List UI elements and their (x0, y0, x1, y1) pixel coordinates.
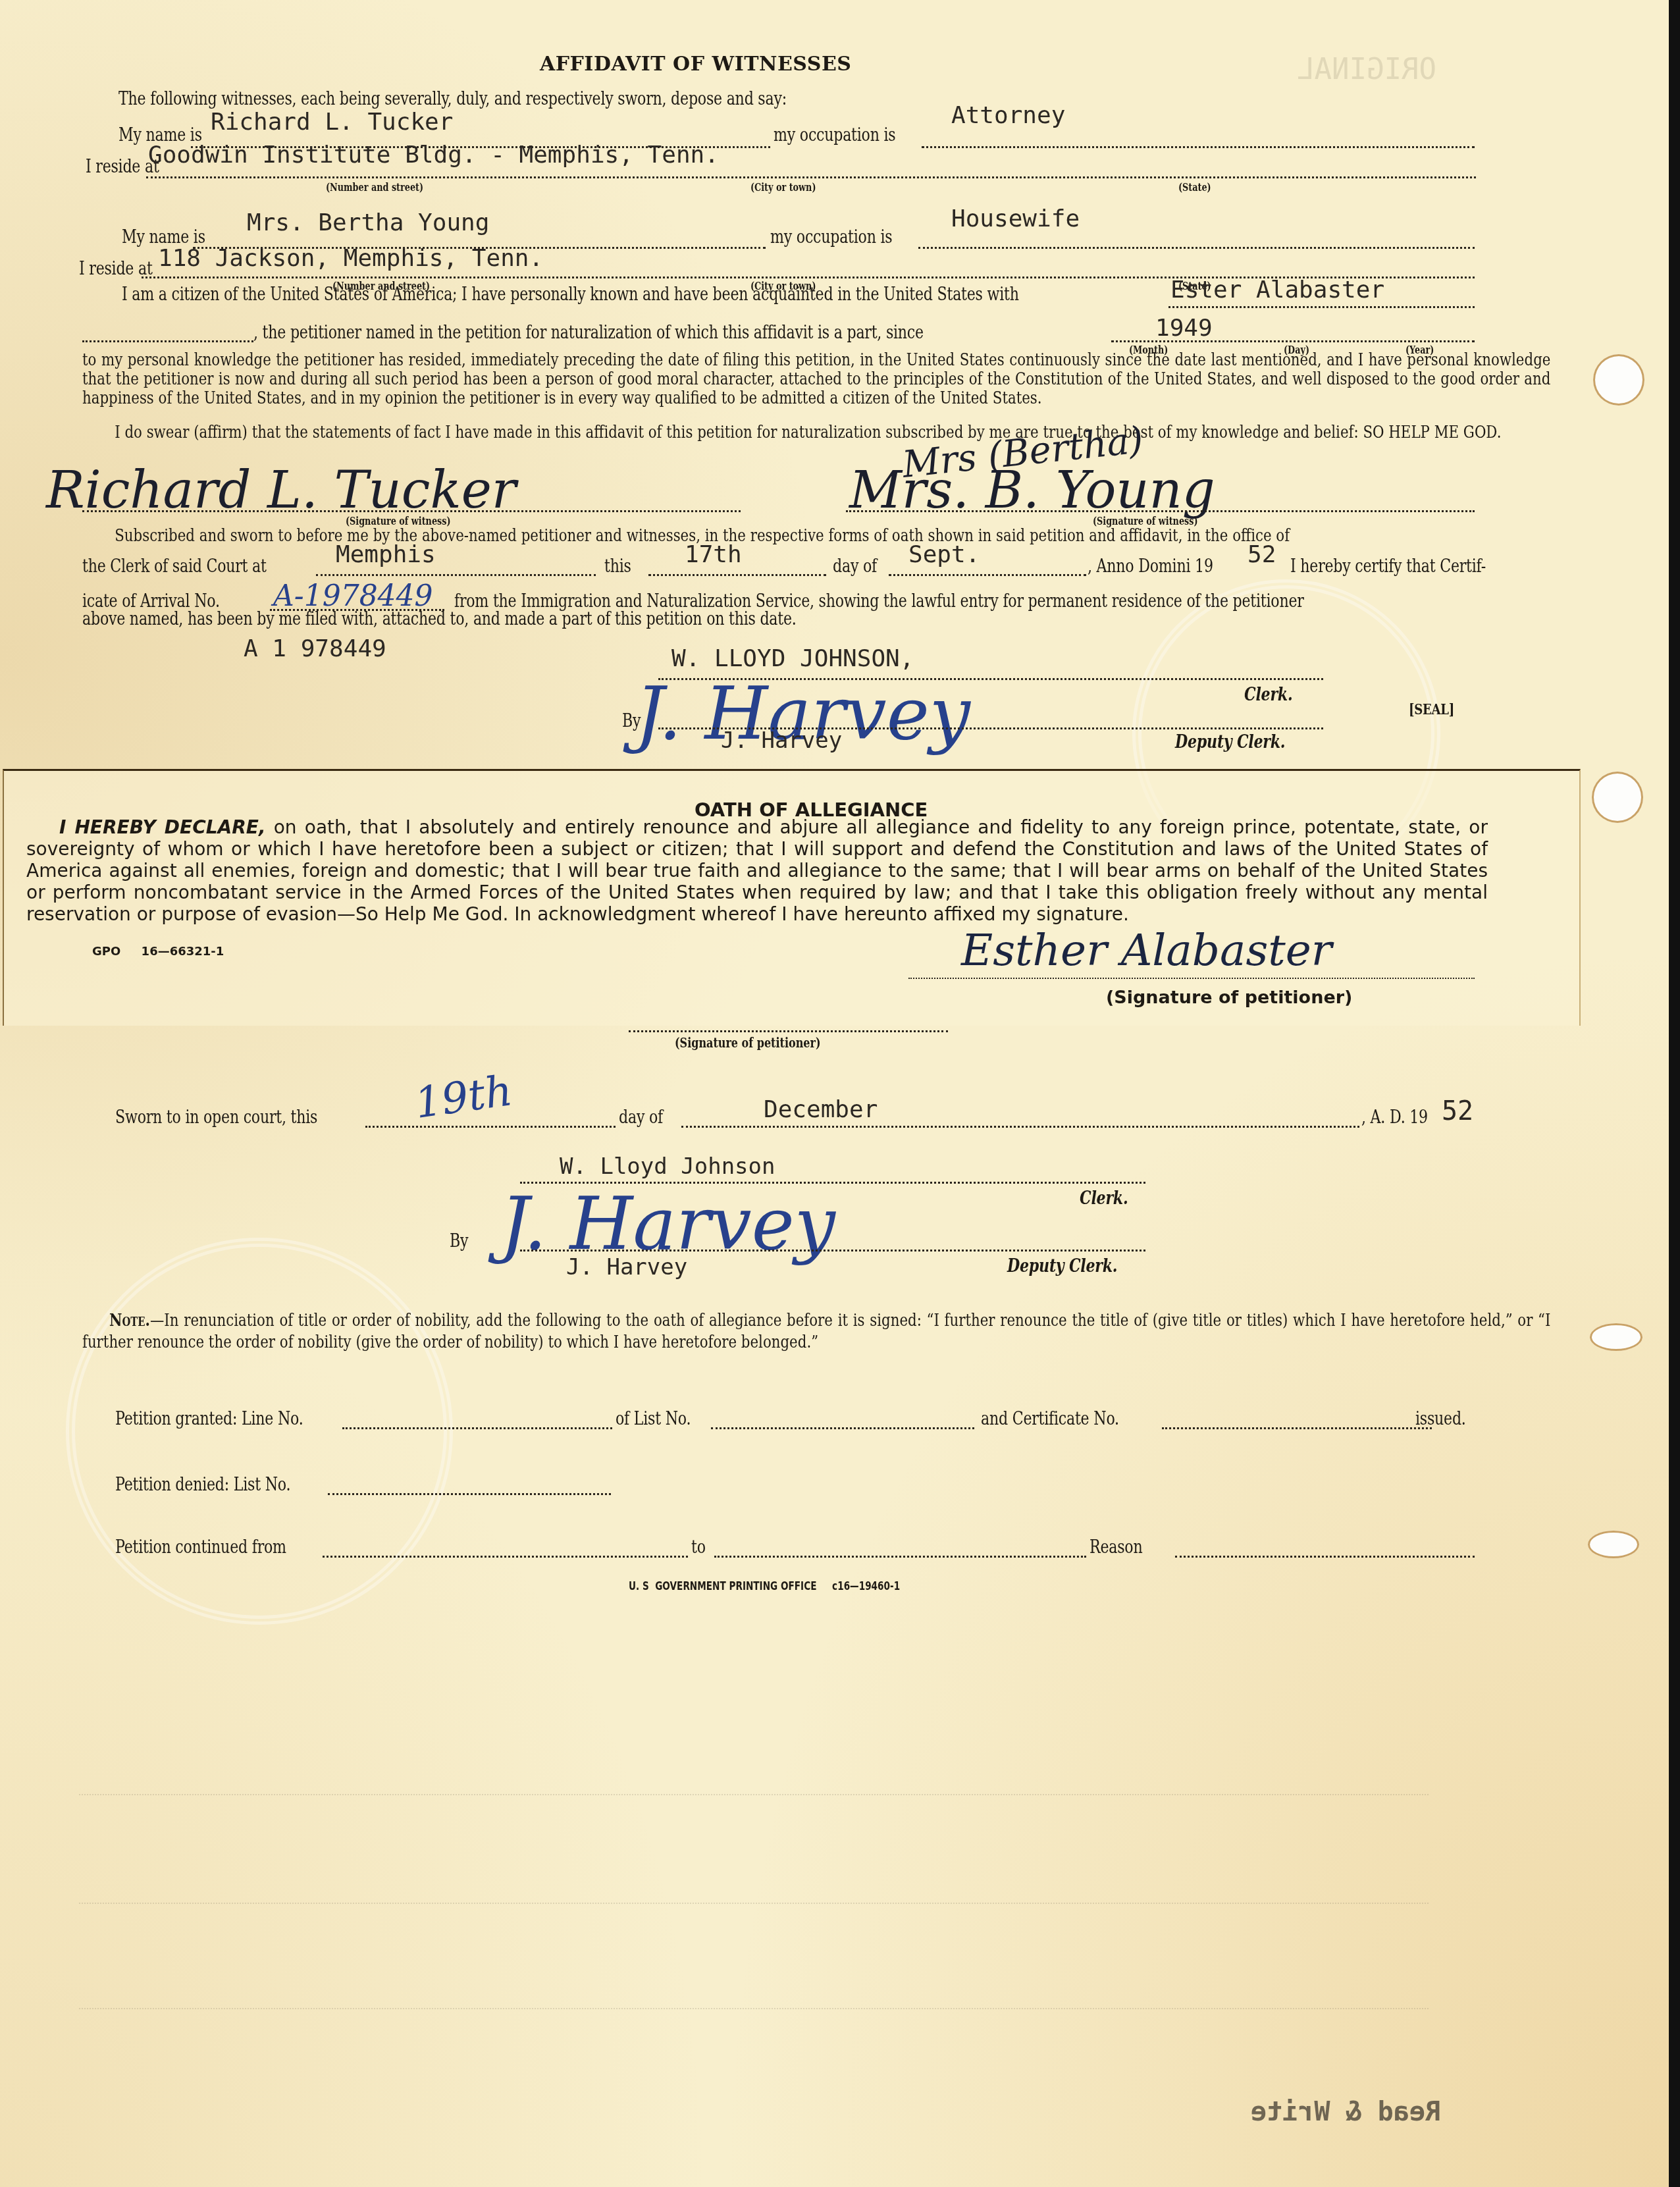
witness-address-field[interactable]: 118 Jackson, Memphis, Tenn. (158, 245, 543, 272)
to-label: to (691, 1537, 706, 1558)
gpo-footer: U. S GOVERNMENT PRINTING OFFICE c16—1946… (629, 1580, 900, 1593)
continued-to-field[interactable] (714, 1556, 1086, 1558)
day-of-label: day of (833, 556, 877, 577)
certificate-no-label: and Certificate No. (981, 1409, 1119, 1429)
petitioner-name-line (1168, 306, 1475, 308)
reason-label: Reason (1089, 1537, 1142, 1558)
witness-name-field[interactable]: Mrs. Bertha Young (247, 209, 489, 236)
day-field[interactable]: 17th (685, 541, 742, 568)
witness-name-field[interactable]: Richard L. Tucker (211, 109, 453, 136)
court-deputy-line (520, 1250, 1145, 1252)
sworn-month-line (681, 1126, 1359, 1128)
certificate-number-handwritten: A-1978449 (273, 579, 433, 613)
punch-hole (1590, 1323, 1642, 1351)
court-deputy-signature: J. Harvey (500, 1182, 835, 1266)
petitioner-oath-signature-caption: (Signature of petitioner) (1106, 988, 1352, 1008)
petitioner-oath-signature-line (908, 978, 1475, 979)
gpo-code: GPO 16—66321-1 (92, 945, 224, 959)
granted-label: Petition granted: Line No. (115, 1409, 303, 1429)
petitioner-name-line-2 (82, 340, 253, 342)
sworn-day-line (365, 1126, 616, 1128)
ad-label: , A. D. 19 (1361, 1107, 1428, 1128)
since-year-field[interactable]: 1949 (1155, 315, 1213, 342)
nobility-note: Note.—In renunciation of title or order … (82, 1310, 1550, 1354)
witness-occupation-field[interactable]: Housewife (951, 205, 1080, 232)
occupation-line (922, 146, 1475, 148)
day-line (648, 574, 826, 576)
court-city-field[interactable]: Memphis (336, 541, 436, 568)
anno-domini-label: , Anno Domini 19 (1088, 556, 1213, 577)
bleed-through-stamp: Read & Write (1251, 2097, 1441, 2127)
citizen-statement: I am a citizen of the United States of A… (122, 284, 1019, 305)
oath-text: I HEREBY DECLARE, on oath, that I absolu… (26, 816, 1488, 925)
granted-line-no-field[interactable] (342, 1427, 612, 1429)
certify-text: I hereby certify that Certif- (1290, 556, 1486, 577)
punch-hole (1588, 1531, 1639, 1558)
court-city-line (316, 574, 596, 576)
denied-label: Petition denied: List No. (115, 1475, 290, 1495)
caption-state: (State) (1178, 181, 1211, 194)
month-line (889, 574, 1086, 576)
sworn-day-of-label: day of (619, 1107, 663, 1128)
affidavit-intro: The following witnesses, each being seve… (118, 89, 787, 109)
sworn-year-field[interactable]: 52 (1442, 1096, 1473, 1126)
petitioner-name-field[interactable]: Ester Alabaster (1170, 277, 1384, 303)
note-lead: Note. (109, 1311, 150, 1331)
witness-address-field[interactable]: Goodwin Institute Bldg. - Memphis, Tenn. (148, 142, 719, 169)
punch-hole (1593, 354, 1644, 406)
clerk-name: W. LLOYD JOHNSON, (671, 645, 914, 672)
year-field[interactable]: 52 (1247, 541, 1276, 568)
court-deputy-caption: Deputy Clerk. (1007, 1256, 1117, 1277)
clerk-court-label: the Clerk of said Court at (82, 556, 267, 577)
court-clerk-caption: Clerk. (1080, 1188, 1128, 1209)
caption-street: (Number and street) (326, 181, 423, 194)
witness-1-signature-line (82, 510, 741, 512)
continued-from-field[interactable] (323, 1556, 688, 1558)
note-text: —In renunciation of title or order of no… (82, 1311, 1550, 1352)
punch-hole (1592, 772, 1643, 823)
deputy-typed-name: J. Harvey (721, 727, 842, 754)
this-label: this (604, 556, 631, 577)
page-edge (1669, 0, 1680, 2187)
bleed-through-original: ORIGINAL (1297, 53, 1436, 86)
oath-declare-lead: I HEREBY DECLARE, (59, 816, 266, 838)
petitioner-signature-line (629, 1030, 948, 1032)
address-line (146, 176, 1476, 178)
certificate-rest-2: above named, has been by me filed with, … (82, 609, 797, 629)
continued-label: Petition continued from (115, 1537, 286, 1558)
subscribed-text: Subscribed and sworn to before me by the… (82, 527, 1550, 546)
granted-list-no-field[interactable] (711, 1427, 974, 1429)
occupation-label: my occupation is (774, 125, 895, 145)
petitioner-statement: , the petitioner named in the petition f… (253, 323, 924, 343)
embossed-seal (66, 1238, 453, 1625)
occupation-line (918, 247, 1475, 249)
certificate-number-typed: A 1 978449 (244, 635, 386, 662)
knowledge-paragraph: to my personal knowledge the petitioner … (82, 351, 1550, 408)
court-clerk-name: W. Lloyd Johnson (560, 1153, 775, 1180)
issued-label: issued. (1415, 1409, 1466, 1429)
court-by-label: By (450, 1231, 468, 1252)
sworn-month-field[interactable]: December (764, 1096, 878, 1123)
denied-list-no-field[interactable] (328, 1493, 611, 1495)
occupation-label: my occupation is (770, 227, 892, 248)
clerk-caption: Clerk. (1244, 685, 1292, 705)
reason-field[interactable] (1175, 1556, 1475, 1558)
court-deputy-typed-name: J. Harvey (566, 1254, 687, 1280)
affidavit-title: AFFIDAVIT OF WITNESSES (540, 53, 852, 76)
petitioner-oath-signature: Esther Alabaster (961, 925, 1332, 976)
of-list-label: of List No. (616, 1409, 691, 1429)
witness-2-signature-line (846, 510, 1475, 512)
caption-city: (City or town) (750, 181, 816, 194)
sworn-label: Sworn to in open court, this (115, 1107, 317, 1128)
deputy-caption: Deputy Clerk. (1175, 732, 1285, 752)
seal-label: [SEAL] (1409, 701, 1454, 718)
petitioner-signature-caption: (Signature of petitioner) (675, 1035, 821, 1051)
swear-paragraph: I do swear (affirm) that the statements … (82, 423, 1550, 442)
certificate-no-field[interactable] (1162, 1427, 1432, 1429)
witness-occupation-field[interactable]: Attorney (951, 102, 1065, 129)
month-field[interactable]: Sept. (908, 541, 980, 568)
